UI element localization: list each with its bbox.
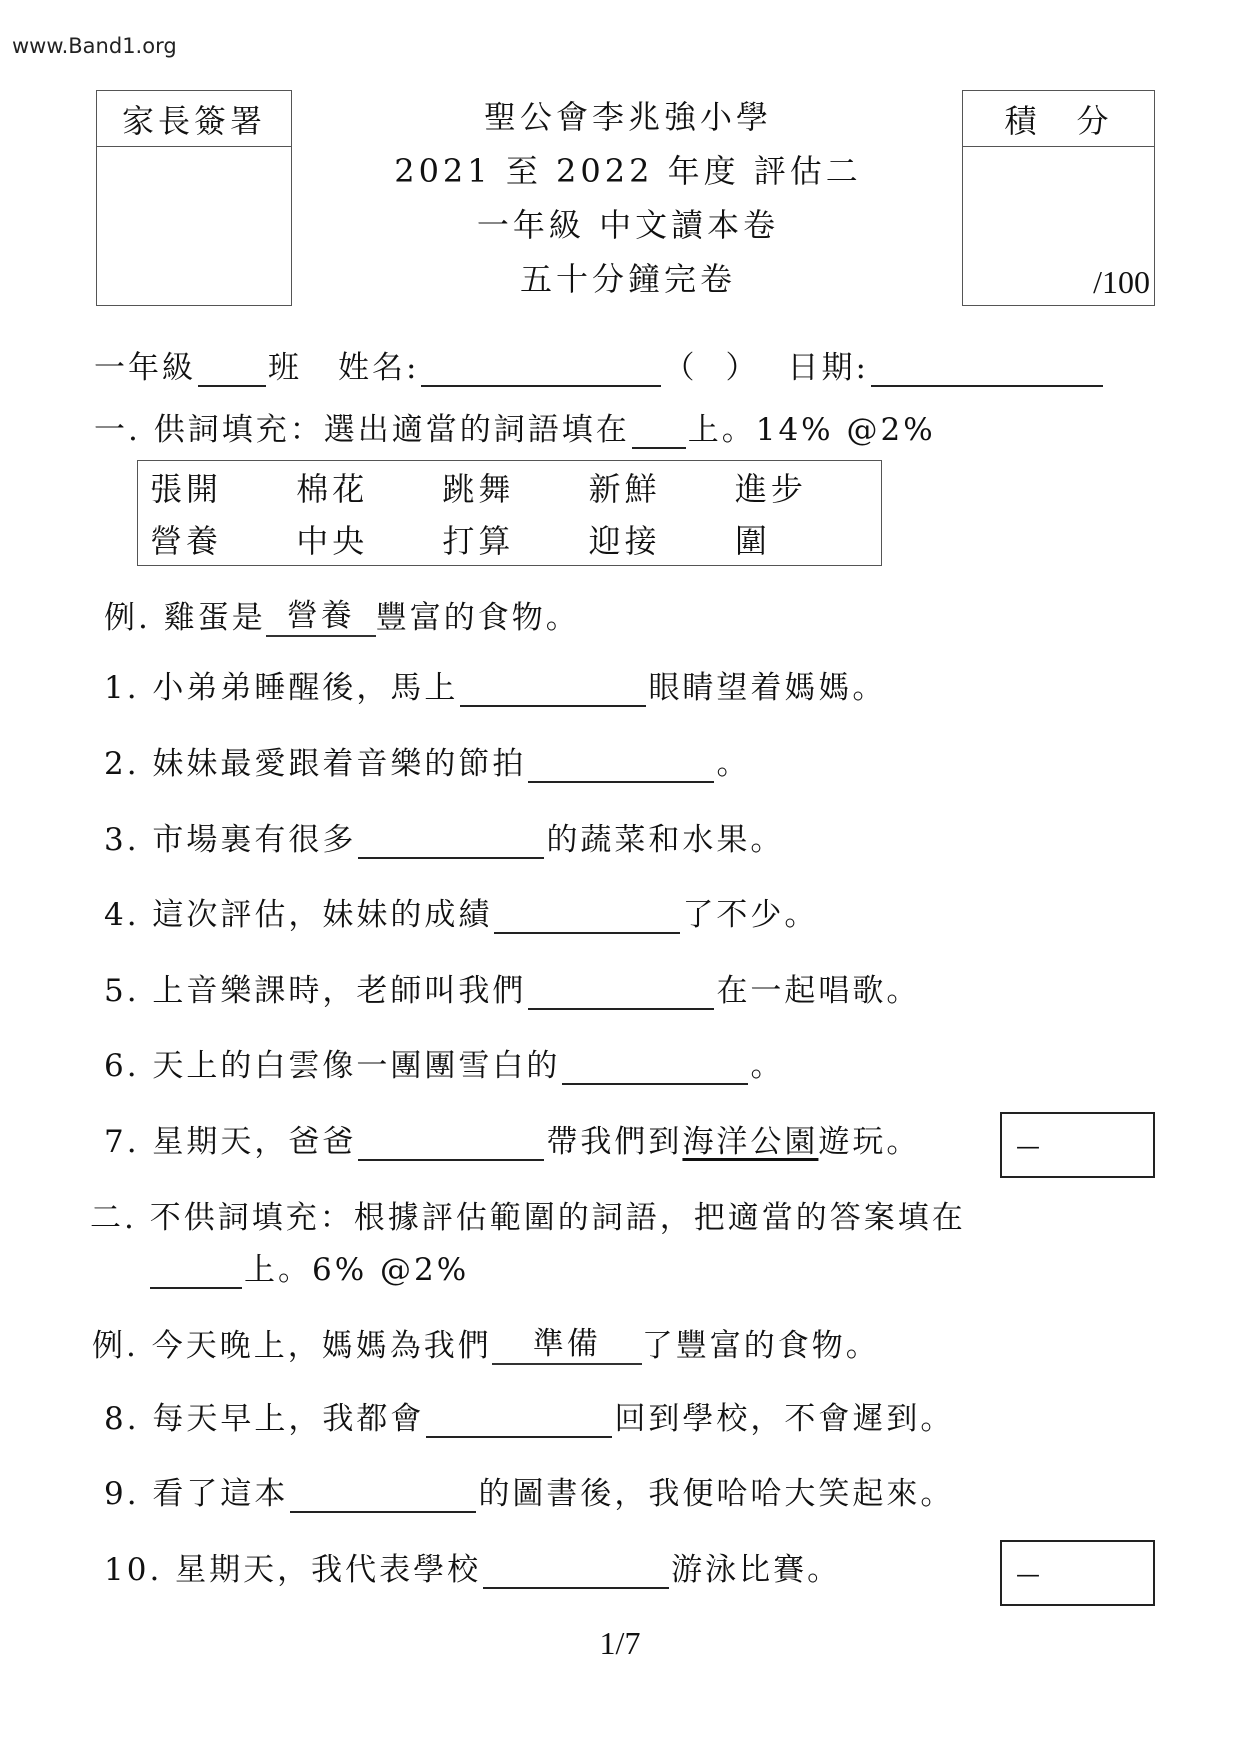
question-1: 1. 小弟弟睡醒後，馬上 眼睛望着媽媽。 xyxy=(104,662,886,707)
score-mark: — xyxy=(1016,1560,1040,1588)
word-bank-row: 張開 棉花 跳舞 新鮮 進步 xyxy=(138,461,881,513)
section1-heading: 一. 供詞填充：選出適當的詞語填在 上。14% @2% xyxy=(94,404,936,449)
word-bank-item: 新鮮 xyxy=(589,464,735,510)
section2-example: 例. 今天晚上，媽媽為我們 準備 了豐富的食物。 xyxy=(92,1318,880,1365)
question-9: 9. 看了這本 的圖書後，我便哈哈大笑起來。 xyxy=(104,1468,954,1513)
question-text: 回到學校，不會遲到。 xyxy=(614,1393,954,1438)
question-text: 2. 妹妹最愛跟着音樂的節拍 xyxy=(104,738,526,783)
name-field[interactable] xyxy=(421,355,661,387)
question-5: 5. 上音樂課時，老師叫我們 在一起唱歌。 xyxy=(104,965,920,1010)
exam-duration: 五十分鐘完卷 xyxy=(300,252,956,306)
number-paren-close: ） xyxy=(725,342,759,387)
question-3: 3. 市場裏有很多 的蔬菜和水果。 xyxy=(104,814,784,859)
section1-heading-text: 一. 供詞填充：選出適當的詞語填在 xyxy=(94,404,630,449)
example-answer: 準備 xyxy=(492,1318,642,1365)
example-prefix: 例. 今天晚上，媽媽為我們 xyxy=(92,1320,492,1365)
score-label: 積 分 xyxy=(963,91,1154,147)
answer-blank-7[interactable] xyxy=(358,1129,544,1161)
date-label: 日期: xyxy=(787,342,868,387)
question-10: 10. 星期天，我代表學校 游泳比賽。 xyxy=(104,1544,841,1589)
question-text: 的圖書後，我便哈哈大笑起來。 xyxy=(478,1468,954,1513)
word-bank-item: 張開 xyxy=(150,464,296,510)
exam-year: 2021 至 2022 年度 評估二 xyxy=(300,144,956,198)
answer-blank-4[interactable] xyxy=(494,902,680,934)
question-text: 4. 這次評估，妹妹的成績 xyxy=(104,889,492,934)
word-bank-row: 營養 中央 打算 迎接 圍 xyxy=(138,513,881,565)
section2-heading-line2: 上。6% @2% xyxy=(148,1244,469,1289)
answer-blank-3[interactable] xyxy=(358,827,544,859)
section1-score-box[interactable]: — xyxy=(1000,1112,1155,1178)
section1-marks: 上。14% @2% xyxy=(688,404,936,449)
question-text: 遊玩。 xyxy=(818,1116,920,1161)
question-text: 。 xyxy=(716,738,750,783)
question-text: 。 xyxy=(750,1040,784,1085)
section1-example: 例. 雞蛋是 營養 豐富的食物。 xyxy=(104,590,580,637)
parent-signature-box[interactable]: 家長簽署 xyxy=(96,90,292,306)
proper-noun-underlined: 海洋公園 xyxy=(682,1116,818,1161)
watermark-url: www.Band1.org xyxy=(12,34,177,58)
answer-blank-8[interactable] xyxy=(426,1406,612,1438)
date-field[interactable] xyxy=(871,355,1103,387)
score-mark: — xyxy=(1016,1132,1040,1160)
grade-label: 一年級 xyxy=(94,342,196,387)
question-8: 8. 每天早上，我都會 回到學校，不會遲到。 xyxy=(104,1393,954,1438)
answer-blank-9[interactable] xyxy=(290,1481,476,1513)
class-label: 班 xyxy=(268,342,302,387)
class-field[interactable] xyxy=(198,355,266,387)
answer-blank-10[interactable] xyxy=(483,1557,669,1589)
word-bank-item: 棉花 xyxy=(296,464,442,510)
score-max: /100 xyxy=(1093,264,1150,301)
example-prefix: 例. 雞蛋是 xyxy=(104,592,266,637)
word-bank: 張開 棉花 跳舞 新鮮 進步 營養 中央 打算 迎接 圍 xyxy=(137,460,882,566)
question-text: 帶我們到 xyxy=(546,1116,682,1161)
question-text: 9. 看了這本 xyxy=(104,1468,288,1513)
question-text: 1. 小弟弟睡醒後，馬上 xyxy=(104,662,458,707)
question-text: 6. 天上的白雲像一團團雪白的 xyxy=(104,1040,560,1085)
answer-blank-5[interactable] xyxy=(528,978,714,1010)
page-number: 1/7 xyxy=(0,1625,1240,1662)
question-7: 7. 星期天，爸爸 帶我們到 海洋公園 遊玩。 xyxy=(104,1116,920,1161)
number-paren-open: （ xyxy=(663,342,697,387)
question-text: 7. 星期天，爸爸 xyxy=(104,1116,356,1161)
question-text: 在一起唱歌。 xyxy=(716,965,920,1010)
word-bank-item: 迎接 xyxy=(589,516,735,562)
question-6: 6. 天上的白雲像一團團雪白的 。 xyxy=(104,1040,784,1085)
question-text: 10. 星期天，我代表學校 xyxy=(104,1544,481,1589)
question-text: 眼睛望着媽媽。 xyxy=(648,662,886,707)
question-text: 游泳比賽。 xyxy=(671,1544,841,1589)
question-2: 2. 妹妹最愛跟着音樂的節拍 。 xyxy=(104,738,750,783)
heading-blank xyxy=(632,417,686,449)
section2-marks: 上。6% @2% xyxy=(244,1244,469,1289)
word-bank-item: 中央 xyxy=(296,516,442,562)
question-text: 8. 每天早上，我都會 xyxy=(104,1393,424,1438)
answer-blank-6[interactable] xyxy=(562,1053,748,1085)
answer-blank-1[interactable] xyxy=(460,675,646,707)
word-bank-item: 跳舞 xyxy=(442,464,588,510)
question-text: 了不少。 xyxy=(682,889,818,934)
example-suffix: 了豐富的食物。 xyxy=(642,1320,880,1365)
paper-title: 一年級 中文讀本卷 xyxy=(300,198,956,252)
word-bank-item: 圍 xyxy=(735,516,881,562)
heading-blank xyxy=(150,1257,242,1289)
example-suffix: 豐富的食物。 xyxy=(376,592,580,637)
example-answer: 營養 xyxy=(266,590,376,637)
student-info-line: 一年級 班 姓名: （ ） 日期: xyxy=(94,342,1105,387)
parent-signature-label: 家長簽署 xyxy=(97,91,291,147)
section2-heading-text: 二. 不供詞填充：根據評估範圍的詞語，把適當的答案填在 xyxy=(90,1192,966,1237)
school-name: 聖公會李兆強小學 xyxy=(300,90,956,144)
answer-blank-2[interactable] xyxy=(528,751,714,783)
word-bank-item: 打算 xyxy=(442,516,588,562)
section2-score-box[interactable]: — xyxy=(1000,1540,1155,1606)
question-text: 5. 上音樂課時，老師叫我們 xyxy=(104,965,526,1010)
word-bank-item: 進步 xyxy=(735,464,881,510)
name-label: 姓名: xyxy=(338,342,419,387)
question-text: 3. 市場裏有很多 xyxy=(104,814,356,859)
question-text: 的蔬菜和水果。 xyxy=(546,814,784,859)
total-score-box[interactable]: 積 分 /100 xyxy=(962,90,1155,306)
word-bank-item: 營養 xyxy=(150,516,296,562)
question-4: 4. 這次評估，妹妹的成績 了不少。 xyxy=(104,889,818,934)
section2-heading: 二. 不供詞填充：根據評估範圍的詞語，把適當的答案填在 xyxy=(90,1192,966,1237)
